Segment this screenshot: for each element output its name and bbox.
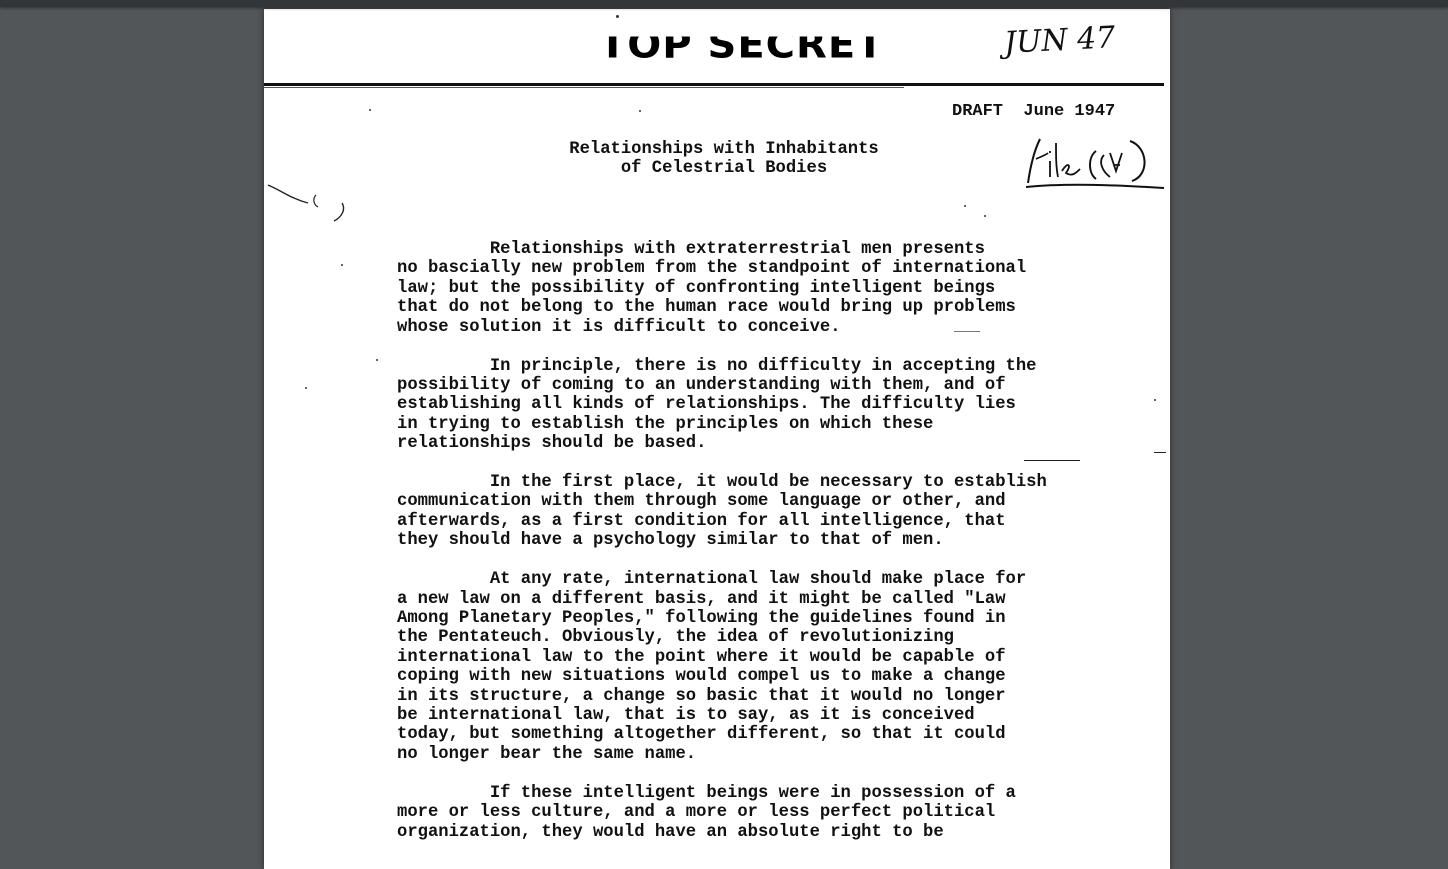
text-line: In principle, there is no difficulty in …: [397, 357, 1157, 376]
text-line: possibility of coming to an understandin…: [397, 376, 1157, 395]
scan-speck: [1154, 399, 1156, 401]
text-line: they should have a psychology similar to…: [397, 531, 1157, 550]
text-line: more or less culture, and a more or less…: [397, 803, 1157, 822]
handwritten-date: JUN 47: [1003, 20, 1116, 61]
text-line: be international law, that is to say, as…: [397, 706, 1157, 725]
draft-label: DRAFT: [952, 102, 1003, 121]
document-title: Relationships with Inhabitants of Celest…: [514, 140, 934, 179]
text-line: law; but the possibility of confronting …: [397, 279, 1157, 298]
text-line: in trying to establish the principles on…: [397, 415, 1157, 434]
scan-mark: [1154, 452, 1166, 453]
paragraph: In principle, there is no difficulty in …: [397, 357, 1157, 454]
scan-speck: [964, 205, 966, 207]
paragraph: In the first place, it would be necessar…: [397, 473, 1157, 551]
text-line: establishing all kinds of relationships.…: [397, 395, 1157, 414]
text-line: communication with them through some lan…: [397, 492, 1157, 511]
paragraph: At any rate, international law should ma…: [397, 570, 1157, 764]
scan-speck: [369, 109, 371, 111]
scan-speck: [639, 110, 641, 112]
text-line: no longer bear the same name.: [397, 745, 1157, 764]
text-line: organization, they would have an absolut…: [397, 823, 1157, 832]
header-rule-secondary: [264, 87, 904, 88]
title-line: Relationships with Inhabitants: [514, 140, 934, 159]
scan-mark: [954, 331, 980, 332]
text-line: At any rate, international law should ma…: [397, 570, 1157, 589]
text-line: whose solution it is difficult to concei…: [397, 318, 1157, 337]
title-line: of Celestrial Bodies: [514, 159, 934, 178]
document-date: June 1947: [1023, 102, 1115, 121]
document-page: TOP SECRET JUN 47 DRAFT June 1947 Relati…: [264, 9, 1170, 832]
text-line: afterwards, as a first condition for all…: [397, 512, 1157, 531]
text-line: in its structure, a change so basic that…: [397, 687, 1157, 706]
scan-speck: [341, 264, 343, 266]
header-rule: [264, 83, 1164, 86]
text-line: Among Planetary Peoples," following the …: [397, 609, 1157, 628]
margin-scribble-icon: [264, 181, 354, 231]
scan-speck: [305, 387, 307, 389]
pdf-viewer[interactable]: TOP SECRET JUN 47 DRAFT June 1947 Relati…: [0, 0, 1448, 832]
text-line: Relationships with extraterrestrial men …: [397, 240, 1157, 259]
document-body: Relationships with extraterrestrial men …: [397, 240, 1157, 832]
draft-date-line: DRAFT June 1947: [952, 102, 1115, 121]
text-line: the Pentateuch. Obviously, the idea of r…: [397, 628, 1157, 647]
scan-speck: [376, 359, 378, 361]
text-line: that do not belong to the human race wou…: [397, 298, 1157, 317]
viewer-toolbar: [0, 0, 1448, 7]
scan-speck: [616, 15, 619, 18]
scan-mark: [1024, 460, 1080, 461]
classification-stamp: TOP SECRET: [599, 26, 884, 64]
scan-speck: [984, 215, 986, 217]
text-line: relationships should be based.: [397, 434, 1157, 453]
text-line: a new law on a different basis, and it m…: [397, 590, 1157, 609]
text-line: If these intelligent beings were in poss…: [397, 784, 1157, 803]
text-line: In the first place, it would be necessar…: [397, 473, 1157, 492]
text-line: international law to the point where it …: [397, 648, 1157, 667]
paragraph: If these intelligent beings were in poss…: [397, 784, 1157, 832]
signature-icon: [1026, 131, 1166, 193]
paragraph: Relationships with extraterrestrial men …: [397, 240, 1157, 337]
text-line: today, but something altogether differen…: [397, 725, 1157, 744]
text-line: coping with new situations would compel …: [397, 667, 1157, 686]
text-line: no bascially new problem from the standp…: [397, 259, 1157, 278]
